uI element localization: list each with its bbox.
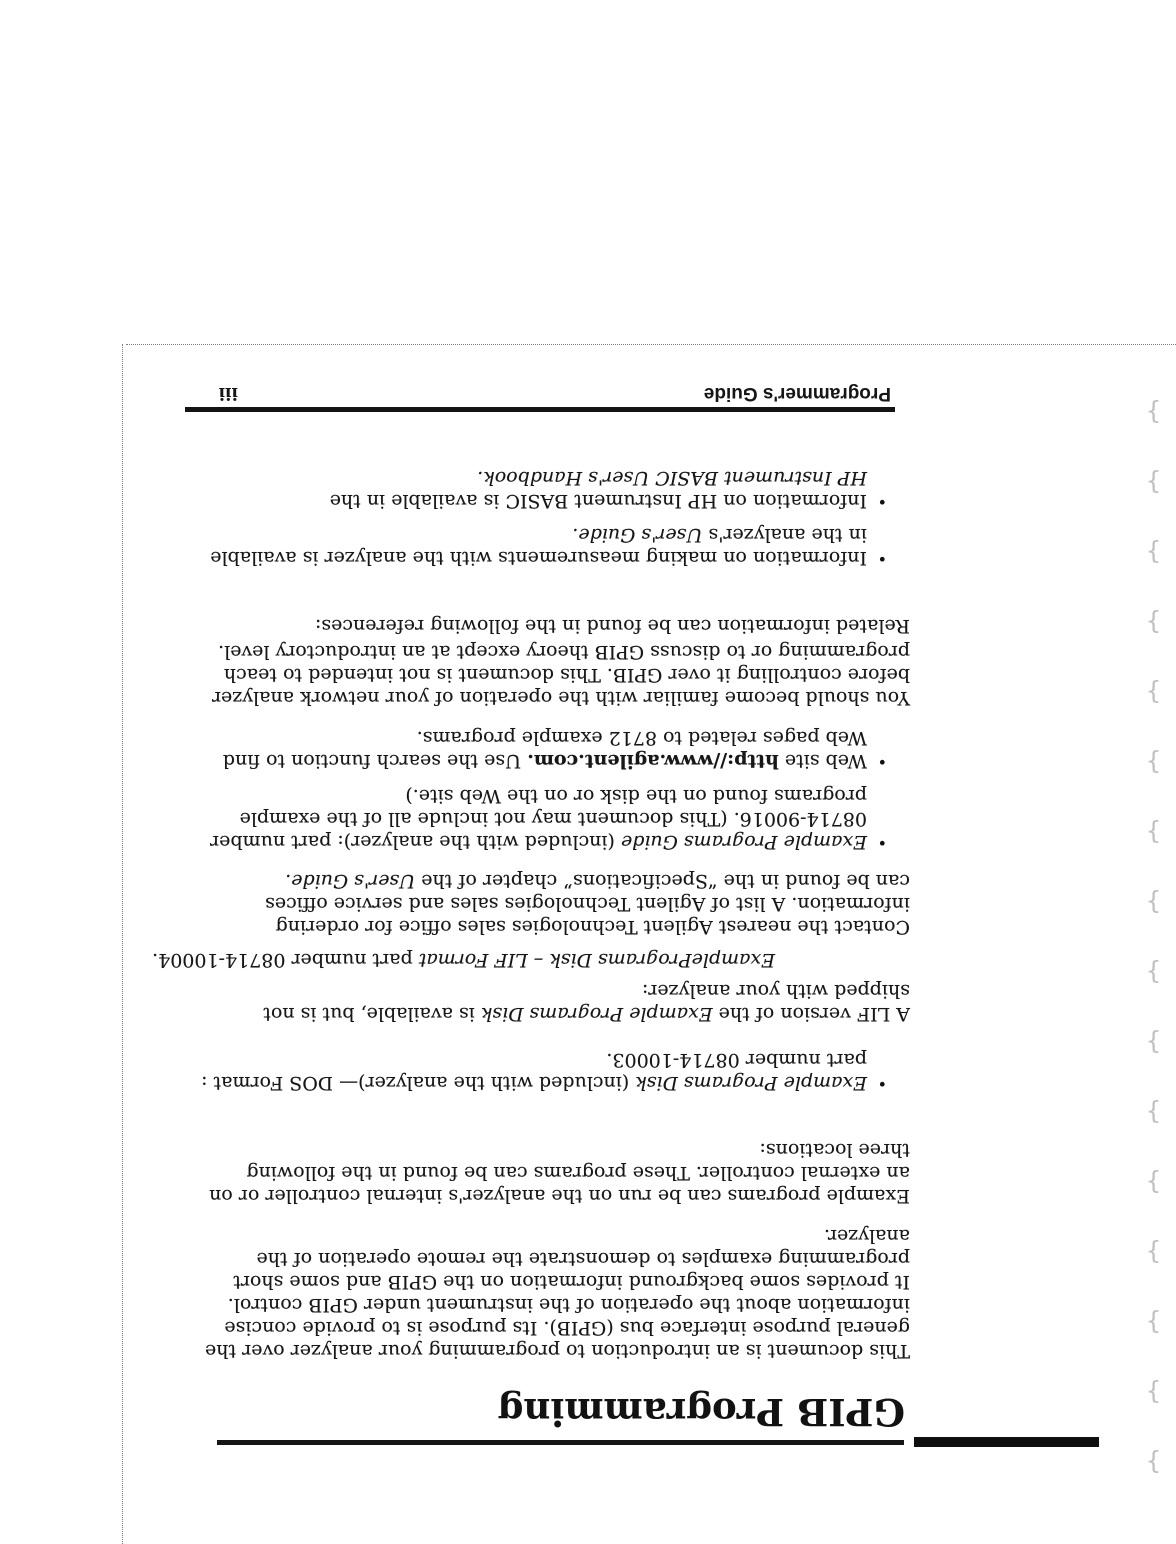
footer-rule (185, 407, 895, 412)
footer-page-number: iii (219, 383, 238, 403)
text-line: It provides some background information … (190, 1270, 910, 1293)
paragraph: You should become familiar with the oper… (190, 640, 910, 709)
text-line: in the analyzer's User's Guide. (190, 523, 867, 546)
paragraph: Related information can be found in the … (190, 614, 910, 637)
bullet-item: •Example Programs Guide (included with t… (190, 784, 910, 853)
text-line: general purpose interface bus (GPIB). It… (190, 1316, 910, 1339)
paragraph: Contact the nearest Agilent Technologies… (190, 869, 910, 938)
text-line: before controlling it over GPIB. This do… (190, 663, 910, 686)
text-line: ExamplePrograms Disk – LIF Format part n… (190, 948, 775, 971)
text-line: Example Programs Guide (included with th… (190, 830, 867, 853)
paragraph: A LIF version of the Example Programs Di… (190, 979, 910, 1025)
bullet-dot: • (878, 1072, 887, 1095)
bullet-dot: • (878, 490, 887, 513)
bullet-dot: • (878, 831, 887, 854)
text-line: HP Instrument BASIC User's Handbook. (190, 466, 867, 489)
text-line: analyzer. (190, 1224, 910, 1247)
text-line: part number 08714-10003. (190, 1048, 867, 1071)
text-line: Information on HP Instrument BASIC is av… (190, 489, 867, 512)
chapter-rule (217, 1440, 904, 1445)
text-line: shipped with your analyzer: (190, 979, 910, 1002)
paragraph: Example programs can be run on the analy… (190, 1138, 910, 1207)
text-line: Contact the nearest Agilent Technologies… (190, 915, 910, 938)
text-line: an external controller. These programs c… (190, 1161, 910, 1184)
text-line: 08714-90016. (This document may not incl… (190, 807, 867, 830)
footer: Programmer's Guide iii (185, 380, 895, 404)
bullet-item: •Example Programs Disk (included with th… (190, 1048, 910, 1094)
text-line: programming or to discuss GPIB theory ex… (190, 640, 910, 663)
text-line: information about the operation of the i… (190, 1293, 910, 1316)
footer-document-title: Programmer's Guide (704, 382, 891, 404)
scanned-document-page: GPIB Programming This document is an int… (0, 0, 1176, 1544)
text-line: Web pages related to 8712 example progra… (190, 726, 867, 749)
bullet-dot: • (878, 750, 887, 773)
text-line: programs found on the disk or on the Web… (190, 784, 867, 807)
bullet-item: •Information on making measurements with… (190, 523, 910, 569)
text-line: Example Programs Disk (included with the… (190, 1071, 867, 1094)
indented-line: ExamplePrograms Disk – LIF Format part n… (190, 948, 775, 971)
chapter-rule-black-tab (914, 1437, 1099, 1447)
text-line: Web site http://www.agilent.com. Use the… (190, 749, 867, 772)
body-text: This document is an introduction to prog… (190, 466, 910, 1362)
text-line: Information on making measurements with … (190, 546, 867, 569)
text-line: You should become familiar with the oper… (190, 686, 910, 709)
text-line: A LIF version of the Example Programs Di… (190, 1002, 910, 1025)
text-line: Related information can be found in the … (190, 614, 910, 637)
text-line: can be found in the “Specifications” cha… (190, 869, 910, 892)
page-title: GPIB Programming (498, 1390, 905, 1434)
text-line: Example programs can be run on the analy… (190, 1184, 910, 1207)
text-line: three locations: (190, 1138, 910, 1161)
text-line: This document is an introduction to prog… (190, 1339, 910, 1362)
bullet-item: •Web site http://www.agilent.com. Use th… (190, 726, 910, 772)
bullet-dot: • (878, 547, 887, 570)
text-line: information. A list of Agilent Technolog… (190, 892, 910, 915)
text-line: programming examples to demonstrate the … (190, 1247, 910, 1270)
page-sheet-rotated: GPIB Programming This document is an int… (0, 0, 1176, 1544)
paragraph: This document is an introduction to prog… (190, 1224, 910, 1362)
bullet-item: •Information on HP Instrument BASIC is a… (190, 466, 910, 512)
